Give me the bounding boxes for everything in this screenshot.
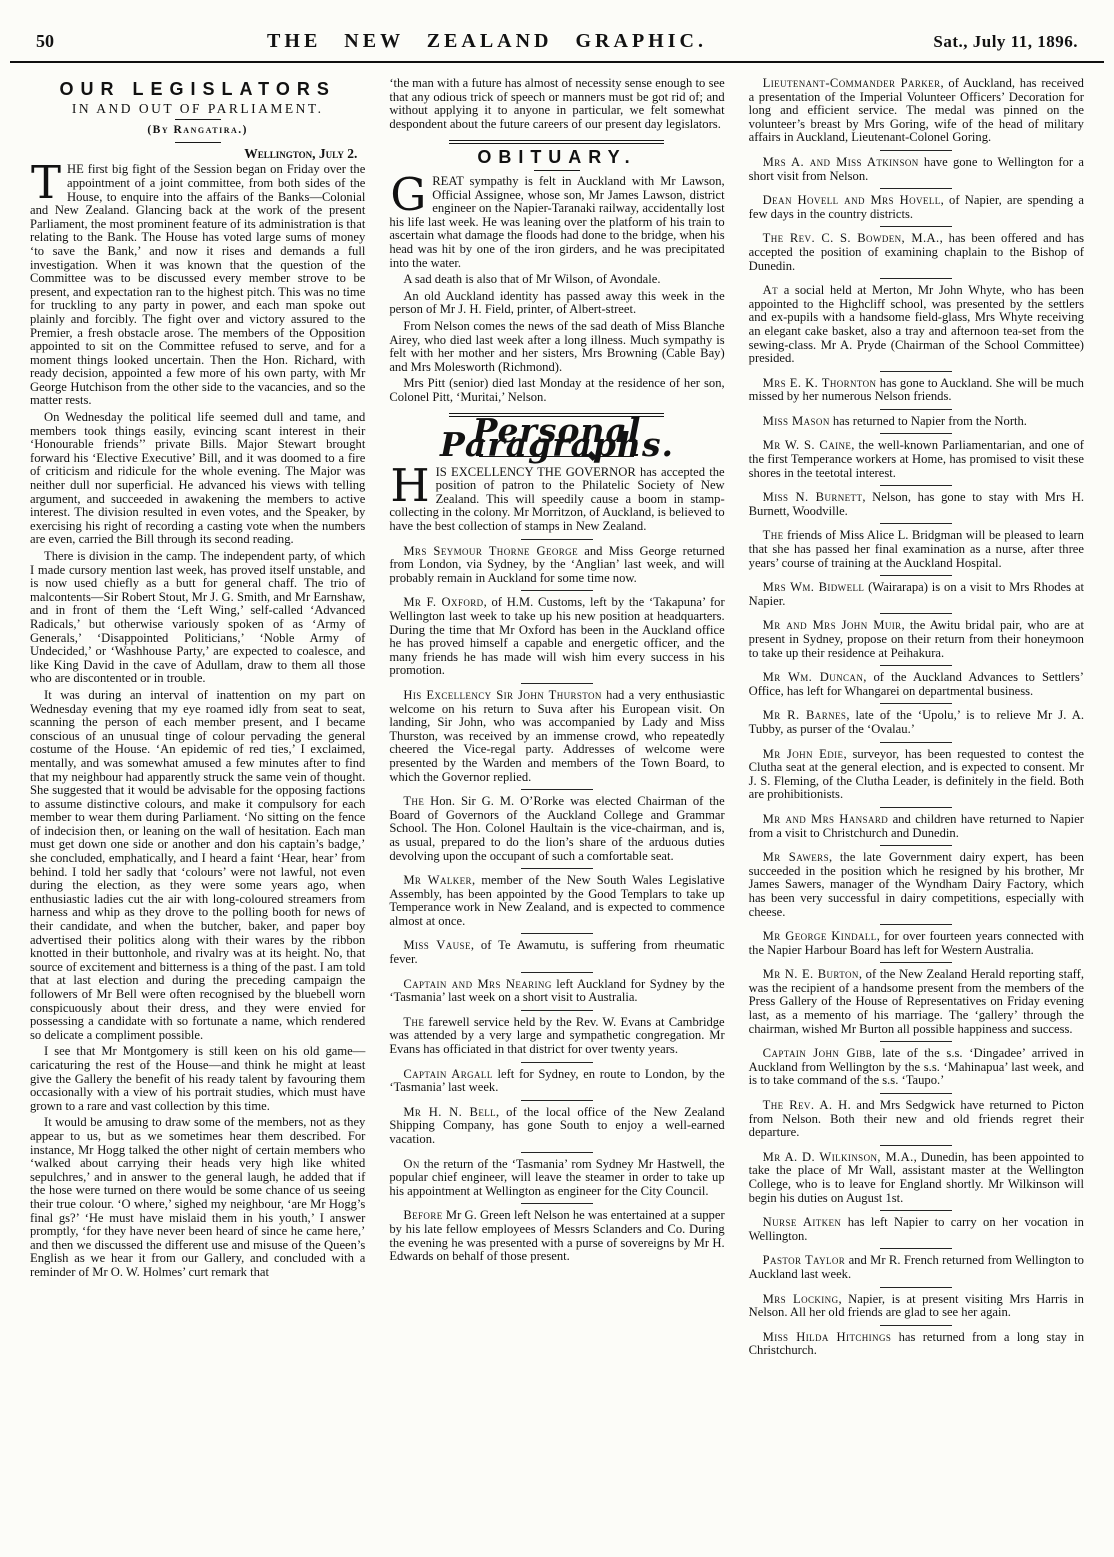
item-lead: The (403, 794, 424, 808)
paragraph-text: IS EXCELLENCY THE GOVERNOR has accepted … (389, 465, 724, 533)
byline: (By Rangatira.) (30, 124, 365, 138)
item-rule (521, 1010, 593, 1011)
item-rule (880, 924, 952, 925)
personal-item: Mrs Locking, Napier, is at present visit… (749, 1293, 1084, 1320)
personal-item: Mr Walker, member of the New South Wales… (389, 874, 724, 928)
item-lead: Mr W. S. Caine (763, 438, 852, 452)
item-lead: Lieutenant-Commander Parker (763, 76, 941, 90)
item-lead: Mrs Locking (763, 1292, 839, 1306)
item-text: had a very enthusiastic welcome on his r… (389, 688, 724, 784)
item-text: a social held at Merton, Mr John Whyte, … (749, 283, 1084, 365)
issue-date: Sat., July 11, 1896. (848, 32, 1078, 52)
item-lead: Mrs Seymour Thorne George (403, 544, 578, 558)
item-lead: Miss Mason (763, 414, 830, 428)
paragraph-text: HE first big fight of the Session began … (30, 162, 365, 407)
dateline: Wellington, July 2. (30, 147, 365, 161)
item-lead: Mr A. D. Wilkinson, M.A. (763, 1150, 914, 1164)
item-rule (880, 1248, 952, 1249)
article-paragraph: It was during an interval of inattention… (30, 689, 365, 1042)
page-number: 50 (36, 31, 126, 52)
personal-item: Mr and Mrs John Muir, the Awitu bridal p… (749, 619, 1084, 660)
item-lead: Pastor Taylor (763, 1253, 846, 1267)
obituary-paragraph: Mrs Pitt (senior) died last Monday at th… (389, 377, 724, 404)
item-lead: Mrs Wm. Bidwell (763, 580, 865, 594)
personal-item: At a social held at Merton, Mr John Whyt… (749, 284, 1084, 366)
personal-item: Mr A. D. Wilkinson, M.A., Dunedin, has b… (749, 1151, 1084, 1205)
item-lead: Captain John Gibb (763, 1046, 873, 1060)
personal-item: Mr George Kindall, for over fourteen yea… (749, 930, 1084, 957)
article-title-obituary: OBITUARY. (389, 151, 724, 165)
article-title-our-legislators: OUR LEGISLATORS (30, 83, 365, 97)
masthead: 50 THE NEW ZEALAND GRAPHIC. Sat., July 1… (0, 0, 1114, 57)
obituary-paragraph: From Nelson comes the news of the sad de… (389, 320, 724, 374)
item-rule (880, 845, 952, 846)
item-rule (880, 150, 952, 151)
paper-title: THE NEW ZEALAND GRAPHIC. (126, 30, 848, 53)
dropcap-letter: G (389, 175, 432, 213)
item-rule (521, 972, 593, 973)
divider-rule (175, 119, 221, 120)
item-rule (880, 575, 952, 576)
item-lead: Captain and Mrs Nearing (403, 977, 551, 991)
personal-item: Captain John Gibb, late of the s.s. ‘Din… (749, 1047, 1084, 1088)
item-lead: The Rev. C. S. Bowden, M.A. (763, 231, 940, 245)
item-lead: Dean Hovell and Mrs Hovell (763, 193, 941, 207)
item-rule (521, 539, 593, 540)
arrow-divider (479, 456, 634, 457)
personal-item: The farewell service held by the Rev. W.… (389, 1016, 724, 1057)
item-rule (880, 485, 952, 486)
item-lead: Mrs A. and Miss Atkinson (763, 155, 919, 169)
item-lead: Mr and Mrs Hansard (763, 812, 889, 826)
item-rule (521, 1203, 593, 1204)
item-lead: Mr Sawers (763, 850, 829, 864)
page-columns: OUR LEGISLATORS IN AND OUT OF PARLIAMENT… (0, 63, 1114, 1360)
article-paragraph: There is division in the camp. The indep… (30, 550, 365, 686)
personal-item: Mrs E. K. Thornton has gone to Auckland.… (749, 377, 1084, 404)
item-rule (880, 433, 952, 434)
item-rule (880, 962, 952, 963)
item-lead: The (763, 528, 784, 542)
personal-item: The Rev. C. S. Bowden, M.A., has been of… (749, 232, 1084, 273)
item-rule (521, 789, 593, 790)
article-paragraph: I see that Mr Montgomery is still keen o… (30, 1045, 365, 1113)
item-rule (880, 742, 952, 743)
divider-rule (534, 170, 580, 171)
item-lead: Captain Argall (403, 1067, 492, 1081)
item-rule (880, 1210, 952, 1211)
item-lead: On (403, 1157, 419, 1171)
item-rule (880, 371, 952, 372)
item-lead: Miss N. Burnett (763, 490, 863, 504)
item-lead: His Excellency Sir John Thurston (403, 688, 602, 702)
section-rule (449, 140, 664, 144)
dropcap-letter: H (389, 466, 435, 504)
article-paragraph: It would be amusing to draw some of the … (30, 1116, 365, 1279)
personal-item: Captain and Mrs Nearing left Auckland fo… (389, 978, 724, 1005)
item-lead: Miss Hilda Hitchings (763, 1330, 892, 1344)
personal-item: Mrs Seymour Thorne George and Miss Georg… (389, 545, 724, 586)
personal-item: Mr F. Oxford, of H.M. Customs, left by t… (389, 596, 724, 678)
article-subtitle: IN AND OUT OF PARLIAMENT. (30, 102, 365, 116)
item-lead: Mr N. E. Burton (763, 967, 859, 981)
personal-item: Mrs A. and Miss Atkinson have gone to We… (749, 156, 1084, 183)
item-lead: Mrs E. K. Thornton (763, 376, 877, 390)
item-rule (880, 1041, 952, 1042)
personal-item: Mr Wm. Duncan, of the Auckland Advances … (749, 671, 1084, 698)
item-text: the return of the ‘Tasmania’ rom Sydney … (389, 1157, 724, 1198)
item-lead: Mr George Kindall (763, 929, 877, 943)
item-text: farewell service held by the Rev. W. Eva… (389, 1015, 724, 1056)
item-rule (880, 665, 952, 666)
item-rule (880, 807, 952, 808)
item-text: friends of Miss Alice L. Bridgman will b… (749, 528, 1084, 569)
personal-item: Mr H. N. Bell, of the local office of th… (389, 1106, 724, 1147)
personal-item: Mrs Wm. Bidwell (Wairarapa) is on a visi… (749, 581, 1084, 608)
item-lead: Mr John Edie (763, 747, 844, 761)
personal-item: HIS EXCELLENCY THE GOVERNOR has accepted… (389, 466, 724, 534)
personal-item: Miss N. Burnett, Nelson, has gone to sta… (749, 491, 1084, 518)
obituary-paragraph: GREAT sympathy is felt in Auckland with … (389, 175, 724, 270)
obituary-paragraph: An old Auckland identity has passed away… (389, 290, 724, 317)
item-lead: At (763, 283, 778, 297)
newspaper-page: 50 THE NEW ZEALAND GRAPHIC. Sat., July 1… (0, 0, 1114, 1557)
obituary-paragraph: A sad death is also that of Mr Wilson, o… (389, 273, 724, 287)
item-lead: Mr F. Oxford (403, 595, 483, 609)
personal-item: Mr and Mrs Hansard and children have ret… (749, 813, 1084, 840)
personal-item: Mr John Edie, surveyor, has been request… (749, 748, 1084, 802)
item-rule (880, 1145, 952, 1146)
item-rule (880, 1325, 952, 1326)
item-rule (880, 1287, 952, 1288)
column-2: ‘the man with a future has almost of nec… (389, 77, 724, 1360)
personal-item: The Hon. Sir G. M. O’Rorke was elected C… (389, 795, 724, 863)
personal-item: The friends of Miss Alice L. Bridgman wi… (749, 529, 1084, 570)
divider-rule (175, 142, 221, 143)
personal-item: Miss Hilda Hitchings has returned from a… (749, 1331, 1084, 1358)
personal-item: Mr N. E. Burton, of the New Zealand Hera… (749, 968, 1084, 1036)
item-lead: Mr H. N. Bell (403, 1105, 496, 1119)
item-text: has returned to Napier from the North. (830, 414, 1027, 428)
personal-item: Nurse Aitken has left Napier to carry on… (749, 1216, 1084, 1243)
personal-item: Captain Argall left for Sydney, en route… (389, 1068, 724, 1095)
article-paragraph: THE first big fight of the Session began… (30, 163, 365, 408)
item-rule (521, 683, 593, 684)
item-lead: Mr Walker (403, 873, 472, 887)
item-rule (880, 278, 952, 279)
item-rule (521, 1152, 593, 1153)
item-lead: Miss Vause (403, 938, 471, 952)
item-rule (880, 409, 952, 410)
item-rule (880, 613, 952, 614)
article-title-personal-paragraphs: Personal Paragraphs. (389, 424, 724, 451)
personal-item: On the return of the ‘Tasmania’ rom Sydn… (389, 1158, 724, 1199)
item-rule (880, 188, 952, 189)
item-lead: Mr R. Barnes (763, 708, 847, 722)
item-rule (880, 703, 952, 704)
paragraph-text: REAT sympathy is felt in Auckland with M… (389, 174, 724, 270)
personal-item: Dean Hovell and Mrs Hovell, of Napier, a… (749, 194, 1084, 221)
article-continuation: ‘the man with a future has almost of nec… (389, 77, 724, 131)
item-lead: Before (403, 1208, 442, 1222)
item-rule (521, 933, 593, 934)
article-paragraph: On Wednesday the political life seemed d… (30, 411, 365, 547)
item-lead: Nurse Aitken (763, 1215, 842, 1229)
personal-item: Mr W. S. Caine, the well-known Parliamen… (749, 439, 1084, 480)
dropcap-letter: T (30, 163, 67, 201)
column-1: OUR LEGISLATORS IN AND OUT OF PARLIAMENT… (30, 77, 365, 1360)
item-rule (880, 226, 952, 227)
personal-item: Miss Vause, of Te Awamutu, is suffering … (389, 939, 724, 966)
item-text: Hon. Sir G. M. O’Rorke was elected Chair… (389, 794, 724, 862)
item-rule (880, 1093, 952, 1094)
personal-item: The Rev. A. H. and Mrs Sedgwick have ret… (749, 1099, 1084, 1140)
personal-item: Before Mr G. Green left Nelson he was en… (389, 1209, 724, 1263)
personal-item: Mr Sawers, the late Government dairy exp… (749, 851, 1084, 919)
item-rule (521, 868, 593, 869)
item-lead: The Rev. A. H. (763, 1098, 851, 1112)
personal-item: Miss Mason has returned to Napier from t… (749, 415, 1084, 429)
column-3: Lieutenant-Commander Parker, of Auckland… (749, 77, 1084, 1360)
item-lead: The (403, 1015, 424, 1029)
personal-item: Mr R. Barnes, late of the ‘Upolu,’ is to… (749, 709, 1084, 736)
item-lead: Mr Wm. Duncan (763, 670, 864, 684)
personal-item: His Excellency Sir John Thurston had a v… (389, 689, 724, 784)
item-rule (880, 523, 952, 524)
personal-item: Lieutenant-Commander Parker, of Auckland… (749, 77, 1084, 145)
item-lead: Mr and Mrs John Muir (763, 618, 902, 632)
personal-item: Pastor Taylor and Mr R. French returned … (749, 1254, 1084, 1281)
item-rule (521, 1062, 593, 1063)
item-rule (521, 590, 593, 591)
item-rule (521, 1100, 593, 1101)
